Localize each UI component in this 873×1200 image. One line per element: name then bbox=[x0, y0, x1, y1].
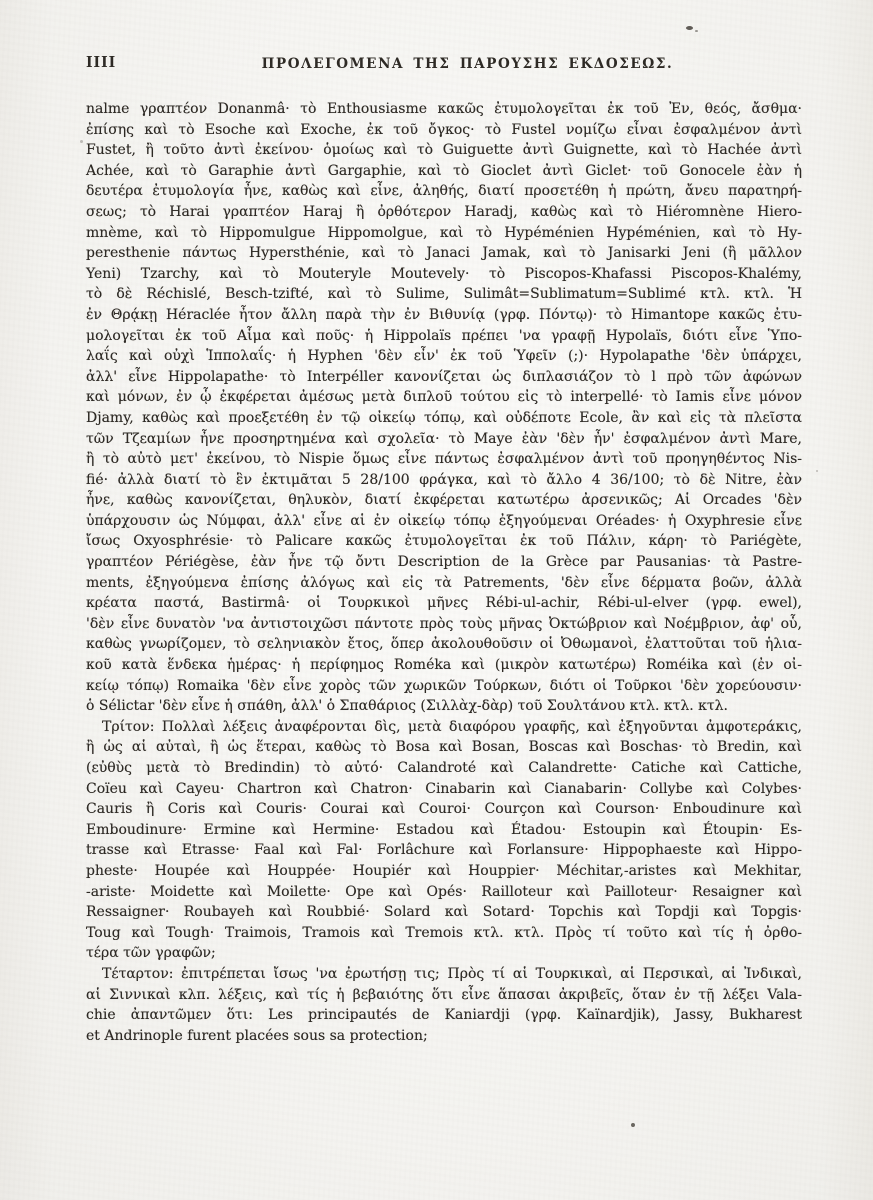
text-line: fié· ἀλλὰ διατί τὸ ἓν ἐκτιμᾶται 5 28/100… bbox=[86, 470, 802, 491]
text-line: ἴσως Oxyosphrésie· τὸ Palicare κακῶς ἐτυ… bbox=[86, 531, 802, 552]
text-line: τῶν Τζεαμίων ἦνε προσηρτημένα καὶ σχολεῖ… bbox=[86, 429, 802, 450]
text-line: ἐν Θρᾴκῃ Héraclée ἦτον ἄλλη παρὰ τὴν ἐν … bbox=[86, 305, 802, 326]
page-header: ΙΙΙΙ ΠΡΟΛΕΓΟΜΕΝΑ ΤΗΣ ΠΑΡΟΥΣΗΣ ΕΚΔΟΣΕΩΣ. bbox=[0, 55, 873, 75]
scanned-book-page: ΙΙΙΙ ΠΡΟΛΕΓΟΜΕΝΑ ΤΗΣ ΠΑΡΟΥΣΗΣ ΕΚΔΟΣΕΩΣ. … bbox=[0, 0, 873, 1200]
text-line: τέρα τῶν γραφῶν; bbox=[86, 943, 802, 964]
scan-speck bbox=[695, 30, 698, 32]
text-line: pheste· Houpée καὶ Houppée· Houpiér καὶ … bbox=[86, 861, 802, 882]
text-line: ἐπίσης καὶ τὸ Esoche καὶ Exoche, ἐκ τοῦ … bbox=[86, 120, 802, 141]
text-line: Cauris ἢ Coris καὶ Couris· Courai καὶ Co… bbox=[86, 799, 802, 820]
text-line: trasse καὶ Etrasse· Faal καὶ Fal· Forlâc… bbox=[86, 840, 802, 861]
text-line: Fustet, ἢ τοῦτο ἀντὶ ἐκείνου· ὁμοίως καὶ… bbox=[86, 140, 802, 161]
scan-speck bbox=[631, 1123, 635, 1127]
text-line: ὑπάρχουσιν ὡς Νύμφαι, ἀλλ' εἶνε αἱ ἐν οἰ… bbox=[86, 511, 802, 532]
text-line: Τρίτον: Πολλαὶ λέξεις ἀναφέρονται δὶς, μ… bbox=[86, 717, 802, 738]
text-line: 'δὲν εἶνε δυνατὸν 'να ἀντιστοιχῶσι πάντο… bbox=[86, 614, 802, 635]
text-line: τὸ δὲ Réchislé, Besch-tzifté, καὶ τὸ Sul… bbox=[86, 284, 802, 305]
text-line: μολογεῖται ἐκ τοῦ Αἷμα καὶ ποῦς· ἡ Hippo… bbox=[86, 326, 802, 347]
scan-speck bbox=[80, 140, 83, 143]
text-line: chie ἀπαντῶμεν ὅτι: Les principautés de … bbox=[86, 1005, 802, 1026]
text-line: ments, ἐξηγούμενα ἐπίσης ἀλόγως καὶ εἰς … bbox=[86, 573, 802, 594]
text-line: ἢ ὡς αἱ αὐταὶ, ἢ ὡς ἕτεραι, καθὼς τὸ Bos… bbox=[86, 737, 802, 758]
text-line: Τέταρτον: ἐπιτρέπεται ἴσως 'να ἐρωτήσῃ τ… bbox=[86, 964, 802, 985]
text-line: Djamy, καθὼς καὶ προεξετέθη ἐν τῷ οἰκείῳ… bbox=[86, 408, 802, 429]
text-line: δευτέρα ἐτυμολογία ἦνε, καθὼς καὶ εἶνε, … bbox=[86, 181, 802, 202]
text-line: Ressaigner· Roubayeh καὶ Roubbié· Solard… bbox=[86, 902, 802, 923]
running-title: ΠΡΟΛΕΓΟΜΕΝΑ ΤΗΣ ΠΑΡΟΥΣΗΣ ΕΚΔΟΣΕΩΣ. bbox=[0, 56, 873, 72]
text-line: Emboudinure· Ermine καὶ Hermine· Estadou… bbox=[86, 820, 802, 841]
text-line: Yeni) Tzarchy, καὶ τὸ Mouteryle Moutevel… bbox=[86, 264, 802, 285]
text-line: (εὐθὺς μετὰ τὸ Bredindin) τὸ αὐτό· Calan… bbox=[86, 758, 802, 779]
text-line: -ariste· Moidette καὶ Moilette· Ope καὶ … bbox=[86, 882, 802, 903]
text-line: ἀλλ' εἶνε Hippolapathe· τὸ Interpéller κ… bbox=[86, 367, 802, 388]
text-line: λαΐς καὶ οὐχὶ Ἱππολαΐς· ἡ Hyphen 'δὲν εἶ… bbox=[86, 346, 802, 367]
text-line: αἱ Σιννικαὶ κλπ. λέξεις, καὶ τίς ἡ βεβαι… bbox=[86, 985, 802, 1006]
text-line: γραπτέον Périégèse, ἐὰν ἦνε τῷ ὄντι Desc… bbox=[86, 552, 802, 573]
text-line: κοῦ κατὰ ἕνδεκα ἡμέρας· ἡ περίφημος Romé… bbox=[86, 655, 802, 676]
text-line: καὶ μόνων, ἐν ᾧ ἐκφέρεται ἀμέσως μετὰ δι… bbox=[86, 387, 802, 408]
body-text: nalme γραπτέον Donanmâ· τὸ Enthousiasme … bbox=[86, 99, 802, 1046]
scan-speck bbox=[686, 26, 693, 30]
text-line: Achée, καὶ τὸ Garaphie ἀντὶ Gargaphie, κ… bbox=[86, 161, 802, 182]
text-line: ἢ τὸ αὐτὸ μετ' ἐκείνου, τὸ Nispie ὅμως ε… bbox=[86, 449, 802, 470]
text-line: κρέατα παστά, Bastirmâ· οἱ Τουρκικοὶ μῆν… bbox=[86, 593, 802, 614]
text-line: nalme γραπτέον Donanmâ· τὸ Enthousiasme … bbox=[86, 99, 802, 120]
text-line: σεως; τὸ Harai γραπτέον Haraj ἢ ὀρθότερο… bbox=[86, 202, 802, 223]
text-line: Coïeu καὶ Cayeu· Chartron καὶ Chatron· C… bbox=[86, 779, 802, 800]
text-line: ὁ Sélictar 'δὲν εἶνε ἡ σπάθη, ἀλλ' ὁ Σπα… bbox=[86, 696, 802, 717]
text-line: καθὼς γνωρίζομεν, τὸ σεληνιακὸν ἔτος, ὅπ… bbox=[86, 634, 802, 655]
text-line: Toug καὶ Tough· Traimois, Tramois καὶ Tr… bbox=[86, 923, 802, 944]
text-line: et Andrinople furent placées sous sa pro… bbox=[86, 1026, 802, 1047]
text-line: ἦνε, καθὼς κανονίζεται, θηλυκὸν, διατί ἐ… bbox=[86, 490, 802, 511]
text-line: κείῳ τόπῳ) Romaika 'δὲν εἶνε χορὸς τῶν χ… bbox=[86, 676, 802, 697]
text-line: mnème, καὶ τὸ Hippomulgue Hippomolgue, κ… bbox=[86, 223, 802, 244]
text-line: peresthenie πάντως Hypersthénie, καὶ τὸ … bbox=[86, 243, 802, 264]
scan-speck bbox=[816, 470, 818, 472]
